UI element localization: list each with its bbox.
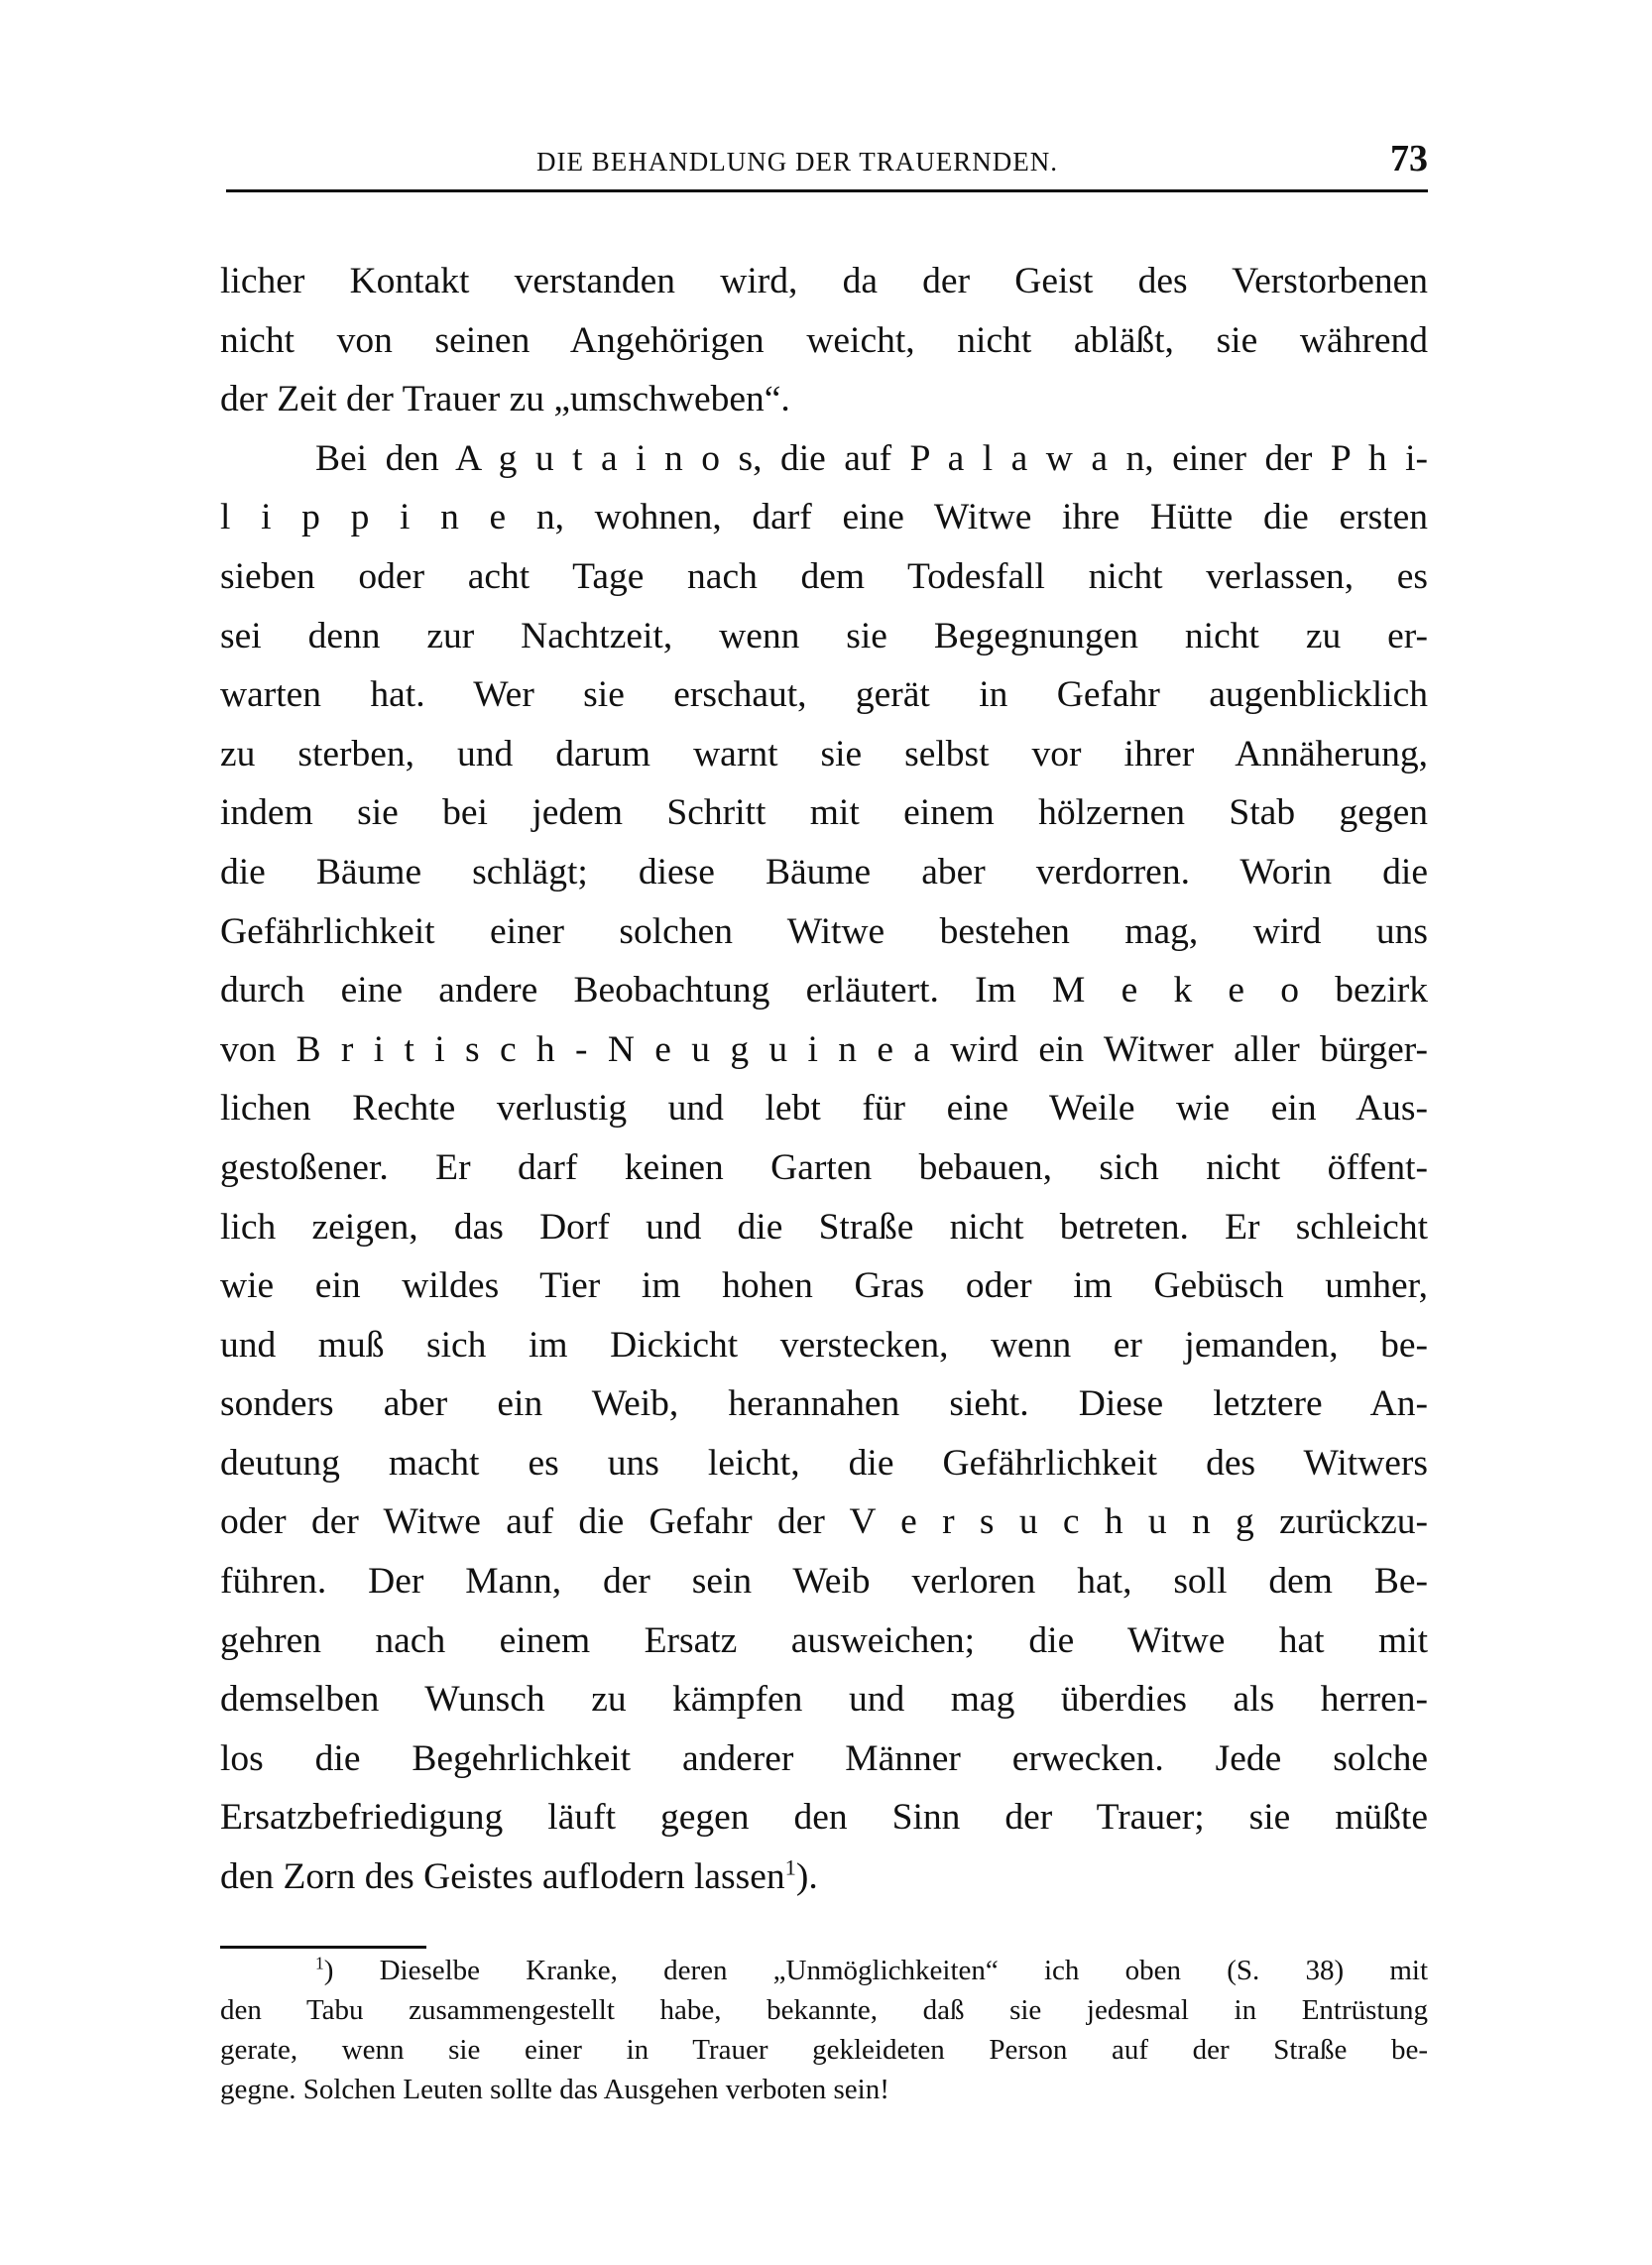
footnote-reference: 1 [785,1855,796,1880]
text-line: Gefährlichkeit einer solchen Witwe beste… [220,902,1428,962]
footnote-marker: 1 [315,1954,324,1973]
text-line: die Bäume schlägt; diese Bäume aber verd… [220,843,1428,902]
text-line: Ersatzbefriedigung läuft gegen den Sinn … [220,1788,1428,1848]
page-number: 73 [1390,137,1428,180]
footnote-rule [220,1946,426,1949]
text-line: sonders aber ein Weib, herannahen sieht.… [220,1374,1428,1434]
footnote-line: den Tabu zusammengestellt habe, bekannte… [220,1990,1428,2030]
text-line: Bei den A g u t a i n o s, die auf P a l… [220,429,1428,489]
text-line: lich zeigen, das Dorf und die Straße nic… [220,1198,1428,1257]
text-line: l i p p i n e n, wohnen, darf eine Witwe… [220,488,1428,547]
footnote-line: gerate, wenn sie einer in Trauer gekleid… [220,2030,1428,2070]
text-line: gehren nach einem Ersatz ausweichen; die… [220,1611,1428,1671]
running-title: DIE BEHANDLUNG DER TRAUERNDEN. [226,147,1428,178]
footnote-line: gegne. Solchen Leuten sollte das Ausgehe… [220,2070,1428,2109]
text-line: los die Begehrlichkeit anderer Männer er… [220,1729,1428,1789]
text-line: oder der Witwe auf die Gefahr der V e r … [220,1492,1428,1552]
text-line: nicht von seinen Angehörigen weicht, nic… [220,311,1428,371]
header-rule [226,189,1428,192]
text-line: durch eine andere Beobachtung erläutert.… [220,961,1428,1020]
text-line: zu sterben, und darum warnt sie selbst v… [220,725,1428,784]
text-line: demselben Wunsch zu kämpfen und mag über… [220,1670,1428,1729]
text-line: licher Kontakt verstanden wird, da der G… [220,252,1428,311]
text-line: von B r i t i s c h - N e u g u i n e a … [220,1020,1428,1080]
text-line: lichen Rechte verlustig und lebt für ein… [220,1079,1428,1138]
page-header: DIE BEHANDLUNG DER TRAUERNDEN. 73 [226,137,1428,180]
footnote-reference-suffix: ). [796,1856,818,1897]
text-line: den Zorn des Geistes auflodern lassen1). [220,1848,1428,1907]
footnote-text: Dieselbe Kranke, deren „Unmöglichkeiten“… [380,1955,1428,1986]
footnote-line: 1) Dieselbe Kranke, deren „Unmöglichkeit… [220,1951,1428,1990]
text-line: sieben oder acht Tage nach dem Todesfall… [220,547,1428,607]
text-line: deutung macht es uns leicht, die Gefährl… [220,1434,1428,1493]
text-line: der Zeit der Trauer zu „umschweben“. [220,370,1428,429]
text-line: warten hat. Wer sie erschaut, gerät in G… [220,665,1428,725]
footnotes: 1) Dieselbe Kranke, deren „Unmöglichkeit… [220,1951,1428,2109]
text-line: und muß sich im Dickicht verstecken, wen… [220,1316,1428,1375]
text-line: sei denn zur Nachtzeit, wenn sie Begegnu… [220,607,1428,666]
footnote-marker-suffix: ) [324,1955,334,1986]
text-line: wie ein wildes Tier im hohen Gras oder i… [220,1256,1428,1316]
text-line: gestoßener. Er darf keinen Garten bebaue… [220,1138,1428,1198]
text-line: indem sie bei jedem Schritt mit einem hö… [220,783,1428,843]
text-line: führen. Der Mann, der sein Weib verloren… [220,1552,1428,1611]
body-text: licher Kontakt verstanden wird, da der G… [220,252,1428,1907]
